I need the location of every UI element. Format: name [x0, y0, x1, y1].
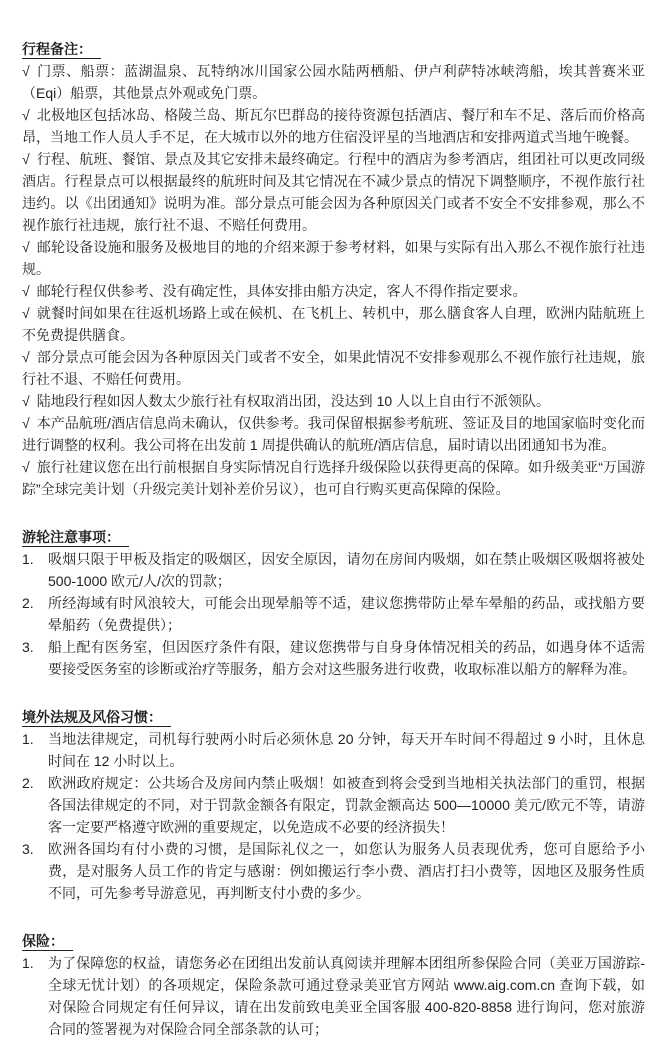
section-insurance: 保险： 1.为了保障您的权益，请您务必在团组出发前认真阅读并理解本团组所参保险合…: [22, 930, 645, 1040]
check-item: √邮轮设备设施和服务及极地目的地的介绍来源于参考材料，如果与实际有出入那么不视作…: [22, 236, 645, 280]
numbered-item: 1.当地法律规定，司机每行驶两小时后必须休息 20 分钟，每天开车时间不得超过 …: [22, 728, 645, 772]
check-item: √行程、航班、餐馆、景点及其它安排未最终确定。行程中的酒店为参考酒店，组团社可以…: [22, 148, 645, 236]
item-number: 2.: [22, 772, 48, 838]
section-heading-text: 行程备注：: [22, 41, 101, 59]
item-text: 当地法律规定，司机每行驶两小时后必须休息 20 分钟，每天开车时间不得超过 9 …: [48, 728, 645, 772]
check-item-text: 邮轮设备设施和服务及极地目的地的介绍来源于参考材料，如果与实际有出入那么不视作旅…: [22, 239, 645, 277]
check-item-text: 部分景点可能会因为各种原因关门或者不安全，如果此情况不安排参观那么不视作旅行社违…: [22, 349, 645, 387]
check-item: √部分景点可能会因为各种原因关门或者不安全，如果此情况不安排参观那么不视作旅行社…: [22, 346, 645, 390]
check-item-text: 旅行社建议您在出行前根据自身实际情况自行选择升级保险以获得更高的保障。如升级美亚…: [22, 459, 645, 497]
check-item: √邮轮行程仅供参考、没有确定性，具体安排由船方决定，客人不得作指定要求。: [22, 280, 645, 302]
check-item: √门票、船票：蓝湖温泉、瓦特纳冰川国家公园水陆两栖船、伊卢利萨特冰峡湾船，埃其普…: [22, 60, 645, 104]
item-number: 1.: [22, 728, 48, 772]
item-number: 1.: [22, 952, 48, 1040]
item-text: 船上配有医务室，但因医疗条件有限，建议您携带与自身身体情况相关的药品，如遇身体不…: [48, 636, 645, 680]
check-item: √本产品航班/酒店信息尚未确认，仅供参考。我司保留根据参考航班、签证及目的地国家…: [22, 412, 645, 456]
check-mark-icon: √: [22, 63, 30, 79]
section-heading-insurance: 保险：: [22, 930, 645, 952]
numbered-item: 2.所经海域有时风浪较大，可能会出现晕船等不适，建议您携带防止晕车晕船的药品，或…: [22, 592, 645, 636]
check-mark-icon: √: [22, 239, 30, 255]
item-text: 为了保障您的权益，请您务必在团组出发前认真阅读并理解本团组所参保险合同（美亚万国…: [48, 952, 645, 1040]
item-text: 所经海域有时风浪较大，可能会出现晕船等不适，建议您携带防止晕车晕船的药品，或找船…: [48, 592, 645, 636]
document-page: 行程备注： √门票、船票：蓝湖温泉、瓦特纳冰川国家公园水陆两栖船、伊卢利萨特冰峡…: [0, 0, 668, 1064]
section-heading-overseas-laws-customs: 境外法规及风俗习惯：: [22, 706, 645, 728]
check-mark-icon: √: [22, 415, 30, 431]
item-number: 3.: [22, 838, 48, 904]
section-heading-cruise-notes: 游轮注意事项：: [22, 526, 645, 548]
check-mark-icon: √: [22, 107, 30, 123]
section-heading-trip-remarks: 行程备注：: [22, 38, 645, 60]
item-text: 欧洲政府规定：公共场合及房间内禁止吸烟！如被查到将会受到当地相关执法部门的重罚，…: [48, 772, 645, 838]
check-item-text: 本产品航班/酒店信息尚未确认，仅供参考。我司保留根据参考航班、签证及目的地国家临…: [22, 415, 645, 453]
check-item-text: 门票、船票：蓝湖温泉、瓦特纳冰川国家公园水陆两栖船、伊卢利萨特冰峡湾船，埃其普赛…: [22, 63, 645, 101]
check-item: √就餐时间如果在往返机场路上或在候机、在飞机上、转机中，那么膳食客人自理，欧洲内…: [22, 302, 645, 346]
check-item-text: 行程、航班、餐馆、景点及其它安排未最终确定。行程中的酒店为参考酒店，组团社可以更…: [22, 151, 645, 233]
check-item-text: 陆地段行程如因人数太少旅行社有权取消出团，没达到 10 人以上自由行不派领队。: [37, 393, 550, 409]
item-text: 欧洲各国均有付小费的习惯，是国际礼仪之一，如您认为服务人员表现优秀，您可自愿给予…: [48, 838, 645, 904]
numbered-item: 3.船上配有医务室，但因医疗条件有限，建议您携带与自身身体情况相关的药品，如遇身…: [22, 636, 645, 680]
item-number: 1.: [22, 548, 48, 592]
numbered-item: 1.吸烟只限于甲板及指定的吸烟区，因安全原因，请勿在房间内吸烟，如在禁止吸烟区吸…: [22, 548, 645, 592]
check-item: √北极地区包括冰岛、格陵兰岛、斯瓦尔巴群岛的接待资源包括酒店、餐厅和车不足、落后…: [22, 104, 645, 148]
check-mark-icon: √: [22, 283, 30, 299]
check-mark-icon: √: [22, 459, 30, 475]
check-item-text: 就餐时间如果在往返机场路上或在候机、在飞机上、转机中，那么膳食客人自理，欧洲内陆…: [22, 305, 645, 343]
check-item: √陆地段行程如因人数太少旅行社有权取消出团，没达到 10 人以上自由行不派领队。: [22, 390, 645, 412]
check-mark-icon: √: [22, 305, 30, 321]
check-mark-icon: √: [22, 349, 30, 365]
check-item-text: 北极地区包括冰岛、格陵兰岛、斯瓦尔巴群岛的接待资源包括酒店、餐厅和车不足、落后而…: [22, 107, 645, 145]
check-item-text: 邮轮行程仅供参考、没有确定性，具体安排由船方决定，客人不得作指定要求。: [37, 283, 527, 299]
section-heading-text: 境外法规及风俗习惯：: [22, 709, 171, 727]
numbered-item: 1.为了保障您的权益，请您务必在团组出发前认真阅读并理解本团组所参保险合同（美亚…: [22, 952, 645, 1040]
section-trip-remarks: 行程备注： √门票、船票：蓝湖温泉、瓦特纳冰川国家公园水陆两栖船、伊卢利萨特冰峡…: [22, 38, 645, 500]
section-heading-text: 保险：: [22, 933, 73, 951]
check-item: √旅行社建议您在出行前根据自身实际情况自行选择升级保险以获得更高的保障。如升级美…: [22, 456, 645, 500]
check-mark-icon: √: [22, 393, 30, 409]
check-mark-icon: √: [22, 151, 30, 167]
item-number: 3.: [22, 636, 48, 680]
numbered-item: 3.欧洲各国均有付小费的习惯，是国际礼仪之一，如您认为服务人员表现优秀，您可自愿…: [22, 838, 645, 904]
section-cruise-notes: 游轮注意事项： 1.吸烟只限于甲板及指定的吸烟区，因安全原因，请勿在房间内吸烟，…: [22, 526, 645, 680]
item-text: 吸烟只限于甲板及指定的吸烟区，因安全原因，请勿在房间内吸烟，如在禁止吸烟区吸烟将…: [48, 548, 645, 592]
item-number: 2.: [22, 592, 48, 636]
section-heading-text: 游轮注意事项：: [22, 529, 129, 547]
section-overseas-laws-customs: 境外法规及风俗习惯： 1.当地法律规定，司机每行驶两小时后必须休息 20 分钟，…: [22, 706, 645, 904]
numbered-item: 2.欧洲政府规定：公共场合及房间内禁止吸烟！如被查到将会受到当地相关执法部门的重…: [22, 772, 645, 838]
